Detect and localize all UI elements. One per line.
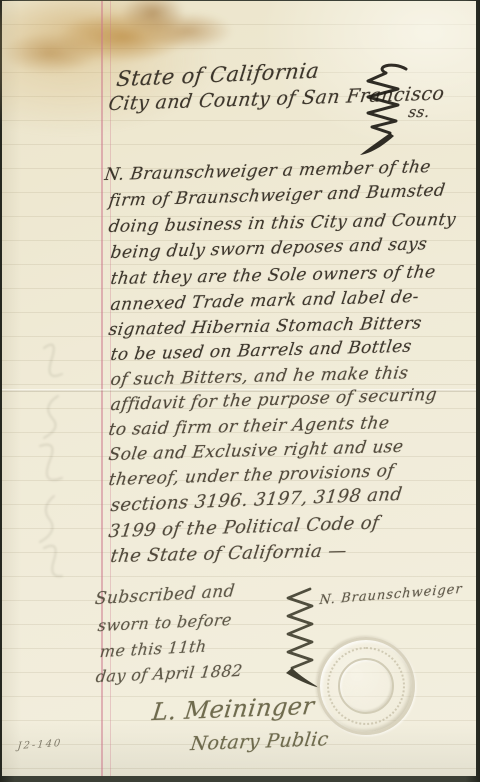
affiant-signature: N. Braunschweiger [319, 582, 463, 608]
body-line-5: that they are the Sole owners of the [109, 262, 437, 289]
notary-title: Notary Public [189, 728, 330, 755]
notary-embossed-seal [317, 637, 415, 735]
pencil-file-number: J2-140 [17, 738, 63, 752]
notary-signature: L. Meininger [151, 692, 316, 726]
jurat-line-1: Subscribed and [94, 581, 236, 609]
body-line-11: to said firm or their Agents the [107, 413, 390, 440]
body-line-16: the State of California — [109, 540, 348, 567]
seal-inner-circle [338, 658, 394, 714]
body-line-12: Sole and Exclusive right and use [107, 437, 404, 465]
scilicet-brace-flourish [356, 63, 410, 159]
body-line-8: to be used on Barrels and Bottles [109, 337, 413, 365]
jurat-line-2: sworn to before [97, 610, 233, 635]
paper-sheet: State of California City and County of S… [2, 1, 476, 776]
jurat-brace-flourish [280, 585, 320, 689]
body-line-6: annexed Trade mark and label de- [109, 287, 420, 315]
body-line-15: 3199 of the Political Code of [107, 513, 380, 543]
body-line-2: firm of Braunschweiger and Bumsted [107, 180, 446, 211]
jurat-line-4: day of April 1882 [95, 661, 244, 686]
body-line-14: sections 3196. 3197, 3198 and [109, 484, 403, 516]
body-line-4: being duly sworn deposes and says [109, 234, 428, 263]
body-line-7: signated Hibernia Stomach Bitters [107, 313, 423, 340]
jurat-line-3: me this 11th [99, 636, 208, 661]
body-line-3: doing business in this City and County [107, 210, 457, 237]
scanned-document: State of California City and County of S… [0, 0, 480, 782]
body-line-1: N. Braunschweiger a member of the [103, 157, 432, 185]
ss-abbreviation: ss. [407, 103, 431, 121]
bleedthrough-marks [14, 336, 102, 586]
